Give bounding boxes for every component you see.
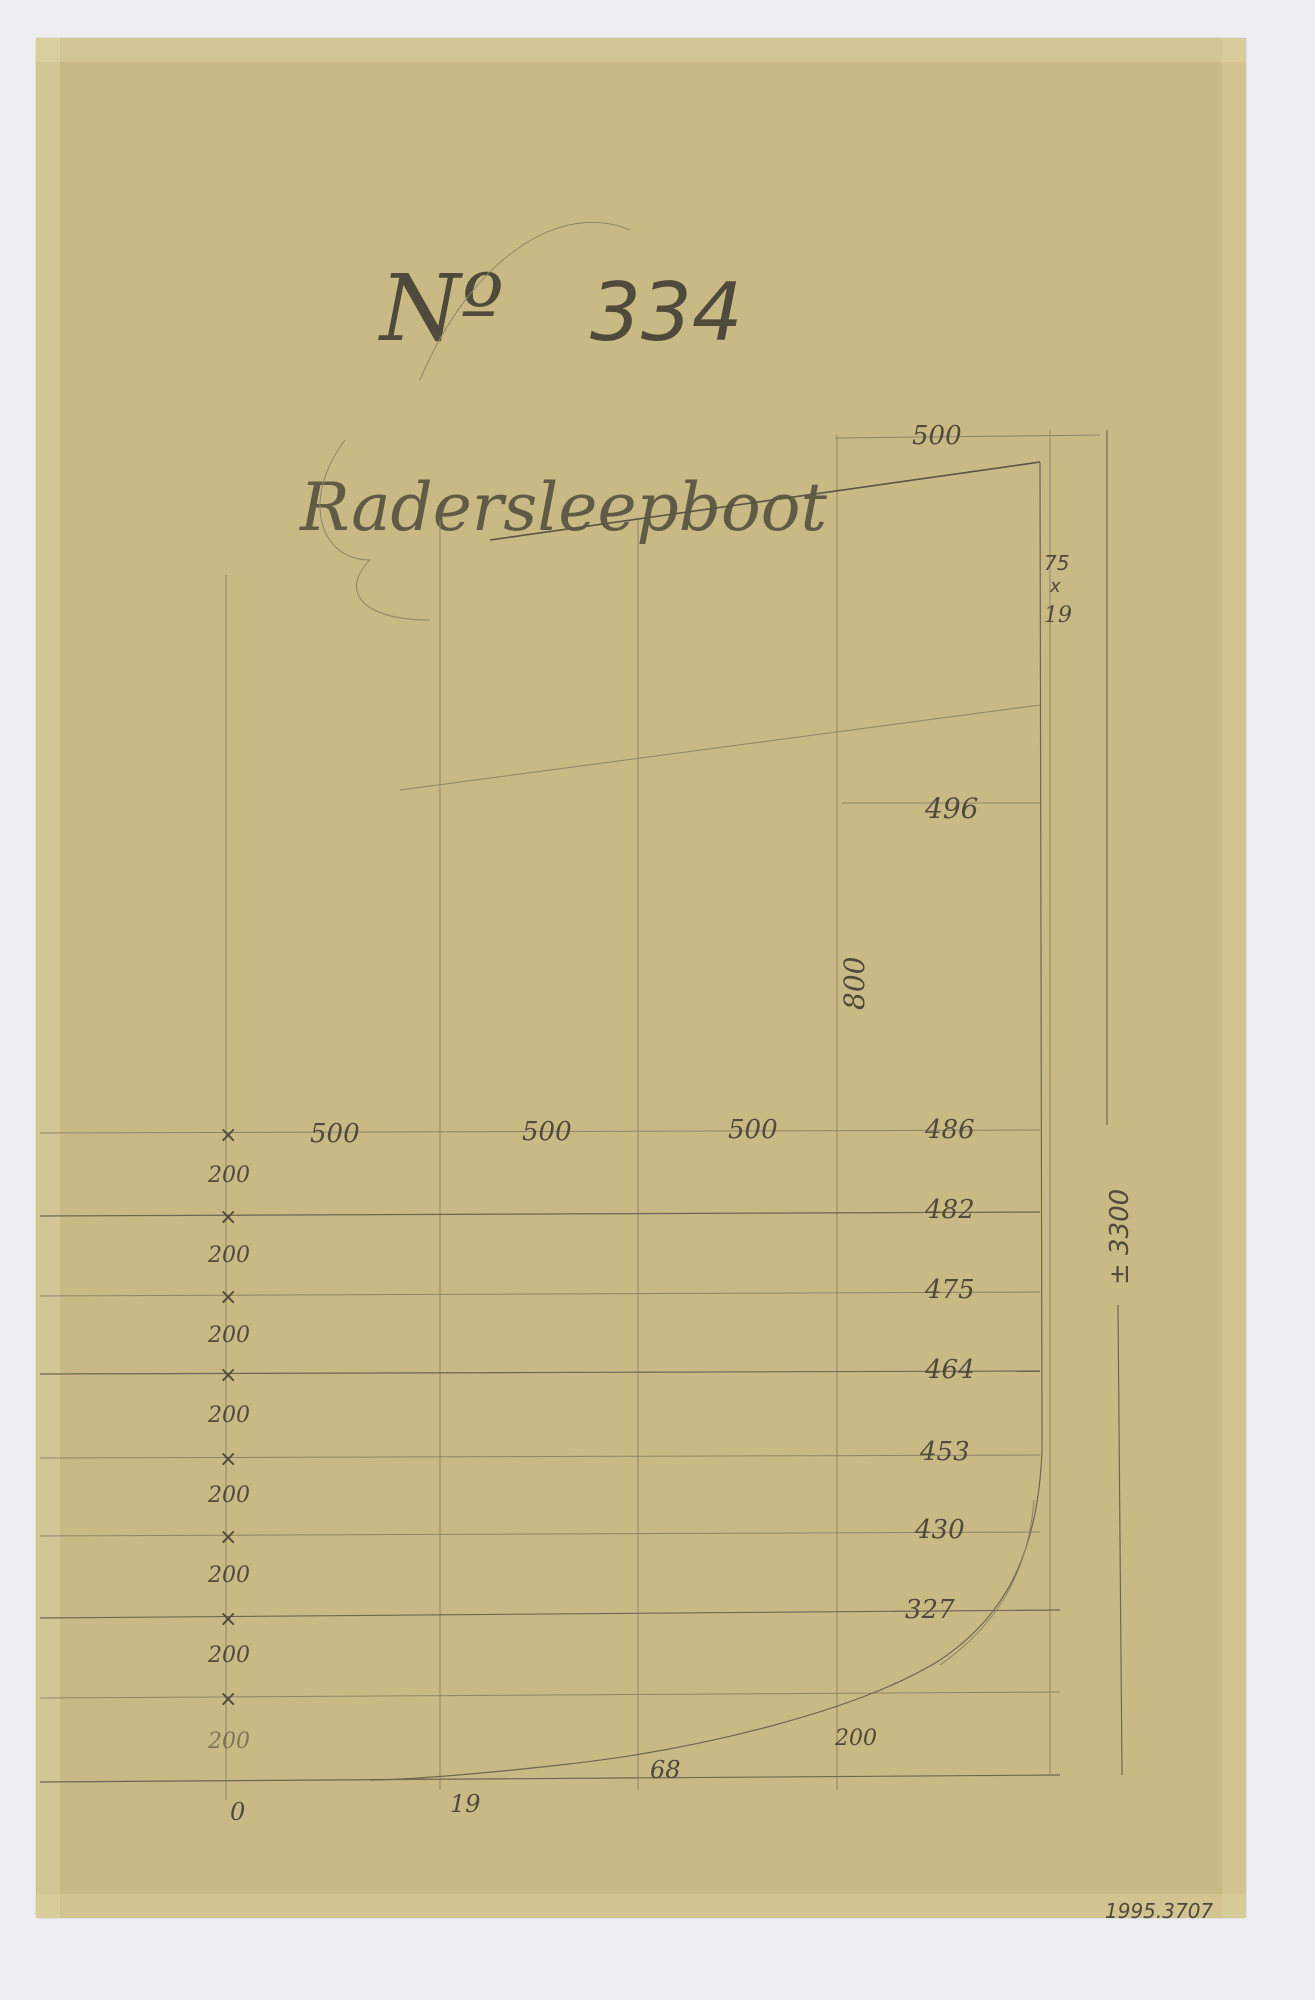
waterline-spacing-5: 200 (207, 1483, 250, 1508)
bottom-offset-2: 68 (650, 1756, 681, 1784)
inventory-number: 1995.3707 (1105, 1899, 1213, 1923)
frame-width-label: 496 (924, 792, 978, 825)
title-text: Radersleepboot (299, 469, 827, 546)
half-breadths: 486 482 475 464 453 430 327 (905, 1115, 975, 1625)
waterline-5 (40, 1455, 1040, 1458)
total-height-line-bottom (1118, 1305, 1122, 1775)
bottom-offset-3: 200 (834, 1726, 877, 1751)
waterline-spacing-2: 200 (207, 1243, 250, 1268)
drawing-number: Nº 334 (378, 222, 743, 380)
svg-text:×: × (219, 1363, 237, 1388)
waterline-3 (40, 1292, 1040, 1296)
plate-top: 75 (1044, 551, 1069, 575)
waterline-markers: × × × × × × × × 200 200 200 200 200 200 … (207, 1123, 250, 1826)
lower-sheer-line (400, 705, 1040, 790)
waterline-spacing-7: 200 (207, 1643, 250, 1668)
number-prefix: Nº (378, 255, 504, 362)
station-lines (226, 430, 1122, 1800)
bottom-offset-1: 19 (450, 1790, 481, 1818)
waterline-4 (40, 1371, 1040, 1374)
svg-text:×: × (219, 1285, 237, 1310)
station-spacing-3: 500 (728, 1115, 778, 1145)
origin-label: 0 (230, 1798, 245, 1826)
top-width-label: 500 (912, 421, 962, 451)
waterline-spacing-8: 200 (207, 1729, 250, 1754)
svg-text:×: × (219, 1525, 237, 1550)
svg-text:×: × (219, 1447, 237, 1472)
plate-x: x (1049, 576, 1061, 597)
svg-text:×: × (219, 1607, 237, 1632)
waterline-spacing-4: 200 (207, 1403, 250, 1428)
waterline-spacing-6: 200 (207, 1563, 250, 1588)
waterlines (40, 1130, 1060, 1782)
total-height-label: ± 3300 (1105, 1189, 1135, 1285)
waterline-8 (40, 1692, 1060, 1698)
plate-bottom: 19 (1044, 603, 1072, 628)
bottom-offsets: 19 68 200 (450, 1726, 877, 1818)
half-breadth-1: 486 (924, 1115, 975, 1145)
half-breadth-6: 430 (914, 1515, 965, 1545)
svg-text:×: × (219, 1205, 237, 1230)
number-value: 334 (590, 266, 743, 359)
hull-section-drawing: Nº 334 Radersleepboot 500 75 x 19 496 80… (0, 0, 1315, 2000)
frame-width-dimension: 496 (842, 792, 1040, 825)
waterline-spacing-3: 200 (207, 1323, 250, 1348)
half-breadth-2: 482 (924, 1195, 975, 1225)
half-breadth-7: 327 (905, 1595, 955, 1625)
half-breadth-5: 453 (919, 1437, 970, 1467)
frame-height-label: 800 (838, 957, 871, 1010)
station-spacing-2: 500 (522, 1117, 572, 1147)
waterline-6 (40, 1532, 1040, 1536)
waterline-spacing-1: 200 (207, 1163, 250, 1188)
half-breadth-4: 464 (924, 1355, 975, 1385)
waterline-2 (40, 1212, 1040, 1216)
station-spacing-1: 500 (310, 1119, 360, 1149)
top-width-dimension: 500 (835, 421, 1100, 451)
svg-text:×: × (219, 1123, 237, 1148)
plate-dimension: 75 x 19 (1044, 551, 1072, 628)
baseline (40, 1775, 1060, 1782)
svg-text:×: × (219, 1687, 237, 1712)
half-breadth-3: 475 (924, 1275, 975, 1305)
